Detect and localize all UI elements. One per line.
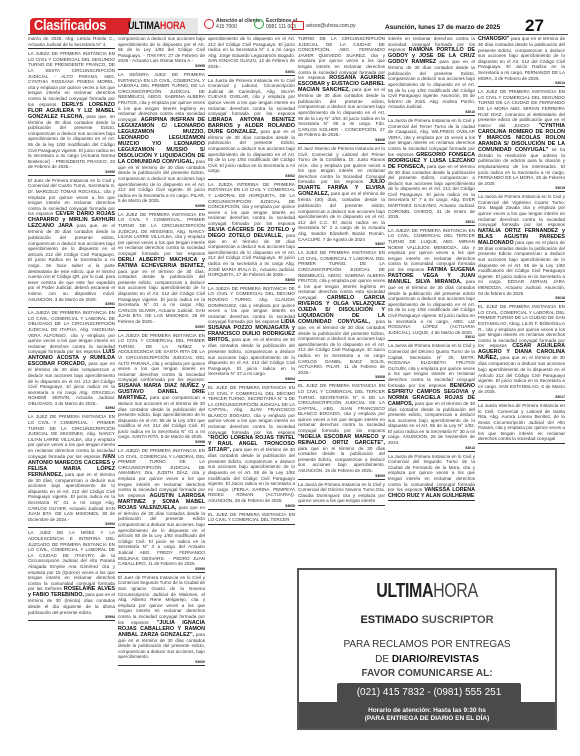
- legal-notice: interés en reclamar derechos contra la s…: [388, 36, 475, 116]
- legal-notice: El Juez de Primera Instancia en lo Civil…: [118, 575, 205, 666]
- legal-notice: LA JUEZA DE PRIMERA INSTANCIA EN LO CIVI…: [118, 448, 205, 573]
- legal-notice: La Jueza de Primera Instancia en lo Civi…: [298, 482, 385, 506]
- column-3: apercibimiento de lo dispuesto en el Art…: [208, 36, 295, 756]
- banner-line-2: DE DIARIO/REVISTAS: [299, 654, 555, 665]
- legal-notice: EL JUEZ DE PRIMERA INSTANCIA EN LO CIVIL…: [478, 304, 565, 401]
- subscriber-service-banner: ULTIMAHORA ESTIMADO SUSCRIPTOR PARA RECL…: [297, 568, 557, 730]
- legal-notice: LA JUEZ DE PRIMERA INSTANCIA EN LO CIVIL…: [298, 250, 385, 381]
- legal-notice: marzo de 2025. Abg. Leticia Rotela C., A…: [28, 36, 115, 49]
- phone-icon: [204, 19, 214, 29]
- page-header: Clasificados ULTIMAHORA Atención al clie…: [0, 0, 580, 34]
- legal-notice: LA JUEZ DE PRIMERA INSTANCIA EN LO CIVIL…: [478, 89, 565, 192]
- legal-notice: EL JUEZ DE PRIMERA INSTANCIA EN LO CIVIL…: [298, 383, 385, 479]
- legal-notice: La Jueza de Primera Instancia en lo Civi…: [478, 194, 565, 302]
- legal-notice: LA JUEZA INTERINA DE PRIMERA INSTANCIA E…: [208, 182, 295, 284]
- banner-line-3: FAVOR COMUNICARSE AL:: [299, 668, 555, 679]
- legal-notice: TURNO DE LA CIRCUNSCRIPCIÓN JUDICIAL DE …: [298, 36, 385, 144]
- legal-notice: LA SEÑORA JUEZ DE PRIMERA INSTANCIA EN L…: [118, 72, 205, 210]
- legal-notice: CHANOSKI" para que en el término de 30 d…: [478, 36, 565, 87]
- contact-whatsapp: Escribinos al0981 111 003: [254, 18, 297, 30]
- legal-notice: EL JUEZ DE PRIMERA INSTANCIA EN LO CIVIL…: [208, 512, 295, 525]
- section-tab: Clasificados: [30, 18, 118, 34]
- column-1: marzo de 2025. Abg. Leticia Rotela C., A…: [28, 36, 115, 756]
- banner-subtitle: ESTIMADO SUSCRIPTOR: [299, 614, 555, 626]
- legal-notice: La Jueza de Primera Instancia en lo Civi…: [388, 454, 475, 502]
- column-2: comparezcan a deducir sus acciones bajo …: [118, 36, 205, 756]
- banner-phone-numbers: (021) 415 7832 - (0981) 555 251: [337, 683, 521, 703]
- whatsapp-icon: [254, 19, 264, 29]
- legal-notice: La Jueza Interina de Primera Instancia e…: [478, 403, 565, 444]
- legal-notice: EL JUEZ DE PRIMERA INSTANCIA EN LO CIVIL…: [208, 385, 295, 510]
- legal-notice: apercibimiento de lo dispuesto en el Art…: [208, 36, 295, 76]
- legal-notice: El Juez Interino de Primera Instancia en…: [298, 146, 385, 248]
- mail-icon: [292, 21, 304, 30]
- page-number: 27: [525, 16, 544, 36]
- legal-notice: LA JUEZA DE PRIMERA INSTANCIA EN LO CIVI…: [28, 310, 115, 412]
- legal-notice: LA JUEZA DE PRIMERA INSTANCIA EN LO CIVI…: [118, 333, 205, 447]
- legal-notice: La Jueza de Primera Instancia en lo Civi…: [208, 78, 295, 180]
- legal-notice: El Juez de Primera Instancia en lo Civil…: [28, 178, 115, 308]
- legal-notice: La Jueza de Primera Instancia en lo Civi…: [388, 343, 475, 451]
- contact-email[interactable]: avisos@uhora.com.py: [292, 21, 356, 30]
- legal-notice: LA JUEZA DE PRIMERA INSTANCIA EN LO CIVI…: [28, 51, 115, 176]
- legal-notice: LA JUEZ DE PRIMERA INSTANCIA EN LO CIVIL…: [28, 414, 115, 528]
- legal-notice: LA JUEZA DE PRIMERA INSTANCIA DE LO CIVI…: [208, 286, 295, 383]
- section-title: Clasificados: [34, 17, 106, 34]
- banner-hours: Horario de atención: Hasta las 9:30 hs (…: [299, 702, 555, 728]
- banner-line-1: PARA RECLAMOS POR ENTREGAS: [299, 639, 555, 650]
- newspaper-logo: ULTIMAHORA: [128, 20, 186, 32]
- issue-date: Asunción, lunes 17 de marzo de 2025: [385, 24, 500, 31]
- legal-notice: LA JUEZ DE PRIMERA INSTANCIA EN LO CIVIL…: [118, 212, 205, 331]
- header-divider: [28, 34, 568, 35]
- legal-notice: La Jueza de Primera Instancia en lo Civi…: [388, 118, 475, 226]
- banner-logo: ULTIMAHORA: [325, 580, 530, 603]
- legal-notice: comparezcan a deducir sus acciones bajo …: [118, 36, 205, 70]
- legal-notice: LA JUEZA DE PRIMERA INSTANCIA EN LO CIVI…: [388, 228, 475, 342]
- legal-notice: LA JUEZ DE LA NIÑEZ Y LA ADOLESCENCIA E …: [28, 530, 115, 621]
